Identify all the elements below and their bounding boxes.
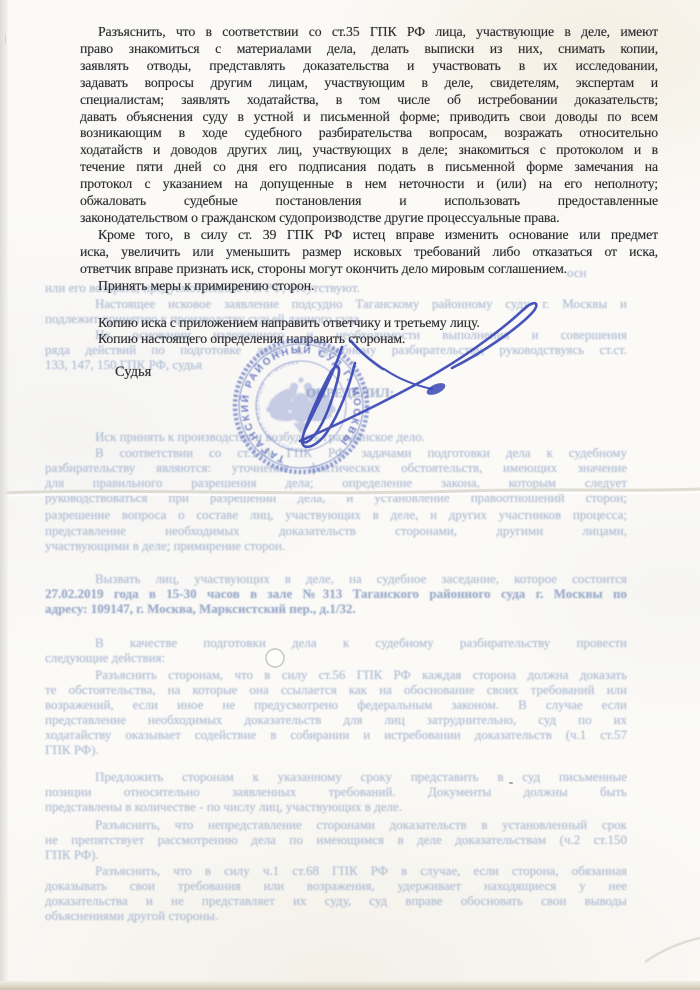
scanned-court-document-page: оснили его возврата, предусмотренные ГК …: [0, 0, 700, 990]
text-line: заявлять отводы, представлять доказатель…: [80, 58, 658, 75]
showthrough-line: 27.02.2019 года в 15-30 часов в зале №31…: [45, 587, 627, 601]
text-line: специалистам; заявлять ходатайства, в то…: [80, 92, 658, 109]
showthrough-line: доказывать свои требования или возражени…: [45, 879, 627, 893]
text-line: обжаловать судебные постановления и испо…: [80, 193, 658, 210]
text-line: Копию иска с приложением направить ответ…: [80, 315, 658, 332]
text-line: задавать вопросы другим лицам, участвующ…: [80, 75, 658, 92]
main-text: Разъяснить, что в соответствии со ст.35 …: [80, 24, 658, 348]
showthrough-line: те обстоятельства, на которые она ссылае…: [45, 683, 627, 697]
showthrough-line: не препятствует рассмотрению дела по име…: [45, 833, 627, 847]
showthrough-line: ходатайству оказывает содействие в собир…: [45, 728, 627, 742]
text-line: Принять меры к примирению сторон.: [80, 278, 658, 295]
showthrough-line: разрешение вопроса о составе лиц, участв…: [45, 508, 627, 522]
text-line: протокол с указанием на допущенные в нем…: [80, 176, 658, 193]
text-line: давать объяснения суду в устной и письме…: [80, 109, 658, 126]
showthrough-line: ГПК РФ).: [45, 848, 627, 862]
showthrough-line: руководствоваться при разрешении дела, и…: [45, 491, 627, 505]
showthrough-line: Разъяснить, что в силу ч.1 ст.68 ГПК РФ …: [45, 864, 627, 878]
text-line: Разъяснить, что в соответствии со ст.35 …: [80, 24, 658, 41]
showthrough-line: Вызвать лиц, участвующих в деле, на суде…: [45, 572, 627, 586]
showthrough-line: следующие действия:: [45, 651, 627, 665]
text-line: право знакомиться с материалами дела, де…: [80, 41, 658, 58]
text-line: законодательством о гражданском судопрои…: [80, 210, 658, 227]
scan-bottom-edge: [0, 981, 700, 990]
showthrough-line: Разъяснить сторонам, что в силу ст.56 ГП…: [45, 668, 627, 682]
showthrough-line: Предложить сторонам к указанному сроку п…: [45, 770, 627, 784]
showthrough-line: представлены в количестве - по числу лиц…: [45, 800, 627, 814]
text-line: ответчик вправе признать иск, стороны мо…: [80, 261, 658, 278]
showthrough-line: представление необходимых доказательств …: [45, 524, 627, 538]
eagle-emblem-icon: [265, 377, 337, 434]
showthrough-line: представление необходимых доказательств …: [45, 713, 627, 727]
showthrough-line: Разъяснить, что непредставление сторонам…: [45, 818, 627, 832]
judge-label: Судья: [115, 364, 151, 381]
text-line: иска, увеличить или уменьшить размер иск…: [80, 244, 658, 261]
showthrough-line: ГПК РФ).: [45, 743, 627, 757]
showthrough-line: доказательства и не представляет их суду…: [45, 894, 627, 908]
showthrough-line: для правильного разрешения дела; определ…: [45, 476, 627, 490]
text-line: ходатайств и доводов других лиц, участву…: [80, 142, 658, 159]
paragraph-gap: [80, 295, 658, 315]
showthrough-line: позиции относительно заявленных требован…: [45, 785, 627, 799]
showthrough-line: возражений, если иное не предусмотрено ф…: [45, 698, 627, 712]
showthrough-line: адресу: 109147, г. Москва, Марксистский …: [45, 602, 627, 616]
showthrough-line: участвующими в деле; примирение сторон.: [45, 539, 627, 553]
showthrough-line: объяснениями другой стороны.: [45, 909, 627, 923]
text-line: течение пяти дней со дня его подписания …: [80, 159, 658, 176]
text-line: возникающим в ходе судебного разбиратель…: [80, 125, 658, 142]
showthrough-line: В качестве подготовки дела к судебному р…: [45, 636, 627, 650]
court-stamp: ТАГАНСКИЙ РАЙОННЫЙ СУД Г. МОСКВЫ РОССИЙС…: [229, 334, 373, 478]
text-line: Кроме того, в силу ст. 39 ГПК РФ истец в…: [80, 227, 658, 244]
scan-left-edge: [0, 0, 9, 990]
